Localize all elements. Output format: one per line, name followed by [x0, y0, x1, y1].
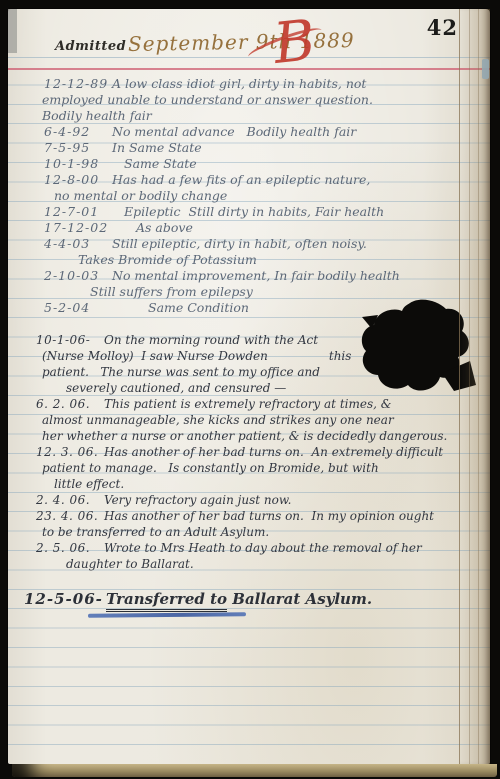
entry-date: 17-12-02 [44, 220, 108, 236]
entry-line: employed unable to understand or answer … [36, 92, 460, 108]
page-stack-edge-right [459, 9, 490, 764]
casebook-page: 42 Admitted September 9th 1889 B 12-12-8… [8, 9, 490, 764]
edge-tab [482, 59, 489, 79]
log-entry: 12-7-01Epileptic Still dirty in habits, … [36, 204, 460, 220]
entry-line: This patient is extremely refractory at … [36, 396, 460, 412]
entry-line: Epileptic Still dirty in habits, Fair he… [36, 204, 460, 220]
entry-line: Bodily health fair [36, 108, 460, 124]
log-entry: 4-4-03Still epileptic, dirty in habit, o… [36, 236, 460, 268]
entry-date: 10-1-98 [44, 156, 99, 172]
log-entry: 2. 5. 06.Wrote to Mrs Heath to day about… [36, 540, 460, 572]
log-entry: 23. 4. 06.Has another of her bad turns o… [36, 508, 460, 540]
entry-line: her whether a nurse or another patient, … [36, 428, 460, 444]
page-stack-edge-bottom [12, 764, 497, 777]
entry-date: 4-4-03 [44, 236, 90, 252]
log-entry: 2-10-03No mental improvement, In fair bo… [36, 268, 460, 300]
entry-line: Still epileptic, dirty in habit, often n… [36, 236, 460, 252]
entry-line: Has had a few fits of an epileptic natur… [36, 172, 460, 188]
entry-date: 2-10-03 [44, 268, 99, 284]
log-entry: 17-12-02As above [36, 220, 460, 236]
entry-line: No mental advance Bodily health fair [36, 124, 460, 140]
log-entry: 6. 2. 06.This patient is extremely refra… [36, 396, 460, 444]
entry-line: almost unmanageable, she kicks and strik… [36, 412, 460, 428]
entry-line: Same State [36, 156, 460, 172]
entry-line: No mental improvement, In fair bodily he… [36, 268, 460, 284]
entry-line: Very refractory again just now. [36, 492, 460, 508]
grade-mark-b: B [271, 13, 318, 73]
entry-date: 12-8-00 [44, 172, 99, 188]
entry-line: no mental or bodily change [36, 188, 460, 204]
entry-line: In Same State [36, 140, 460, 156]
page-number: 42 [427, 15, 458, 40]
entry-date: 23. 4. 06. [36, 508, 98, 524]
entry-line: Takes Bromide of Potassium [36, 252, 460, 268]
casebook-page-photo: 42 Admitted September 9th 1889 B 12-12-8… [0, 0, 500, 779]
entry-line: patient to manage. Is constantly on Brom… [36, 460, 460, 476]
transferred-underlined-text: Transferred to [106, 590, 227, 612]
admitted-label: Admitted [55, 39, 126, 54]
entry-date: 5-2-04 [44, 300, 90, 316]
entry-line: Has another of her bad turns on. In my o… [36, 508, 460, 524]
entry-date: 12-7-01 [44, 204, 99, 220]
entry-date: 6-4-92 [44, 124, 90, 140]
entry-date: 12. 3. 06. [36, 444, 98, 460]
log-entry: 12. 3. 06.Has another of her bad turns o… [36, 444, 460, 492]
entry-date: 10-1-06- [36, 332, 90, 348]
log-entry: 10-1-98Same State [36, 156, 460, 172]
transfer-underline-blue [88, 612, 246, 618]
entry-line: to be transferred to an Adult Asylum. [36, 524, 460, 540]
entry-date: 7-5-95 [44, 140, 90, 156]
entry-date: 12-5-06- [24, 588, 103, 610]
page-edge-hairline [469, 9, 470, 764]
entry-date: 6. 2. 06. [36, 396, 90, 412]
log-entry: 2. 4. 06.Very refractory again just now. [36, 492, 460, 508]
binding-sliver [8, 9, 17, 53]
log-entry: 12-5-06-Transferred to Ballarat Asylum. [36, 588, 460, 610]
entry-date: 2. 5. 06. [36, 540, 90, 556]
header-rule-red [8, 68, 490, 70]
log-entry: 12-8-00Has had a few fits of an epilepti… [36, 172, 460, 204]
entry-line: Has another of her bad turns on. An extr… [36, 444, 460, 460]
entry-line: little effect. [36, 476, 460, 492]
entry-line: daughter to Ballarat. [36, 556, 460, 572]
log-entry: 7-5-95In Same State [36, 140, 460, 156]
log-entry: 6-4-92No mental advance Bodily health fa… [36, 124, 460, 140]
entry-line: Still suffers from epilepsy [36, 284, 460, 300]
entry-date: 12-12-89 [44, 76, 108, 92]
entry-line: Wrote to Mrs Heath to day about the remo… [36, 540, 460, 556]
page-edge-hairline [478, 9, 479, 764]
log-entry: 12-12-89A low class idiot girl, dirty in… [36, 76, 460, 124]
entry-date: 2. 4. 06. [36, 492, 90, 508]
